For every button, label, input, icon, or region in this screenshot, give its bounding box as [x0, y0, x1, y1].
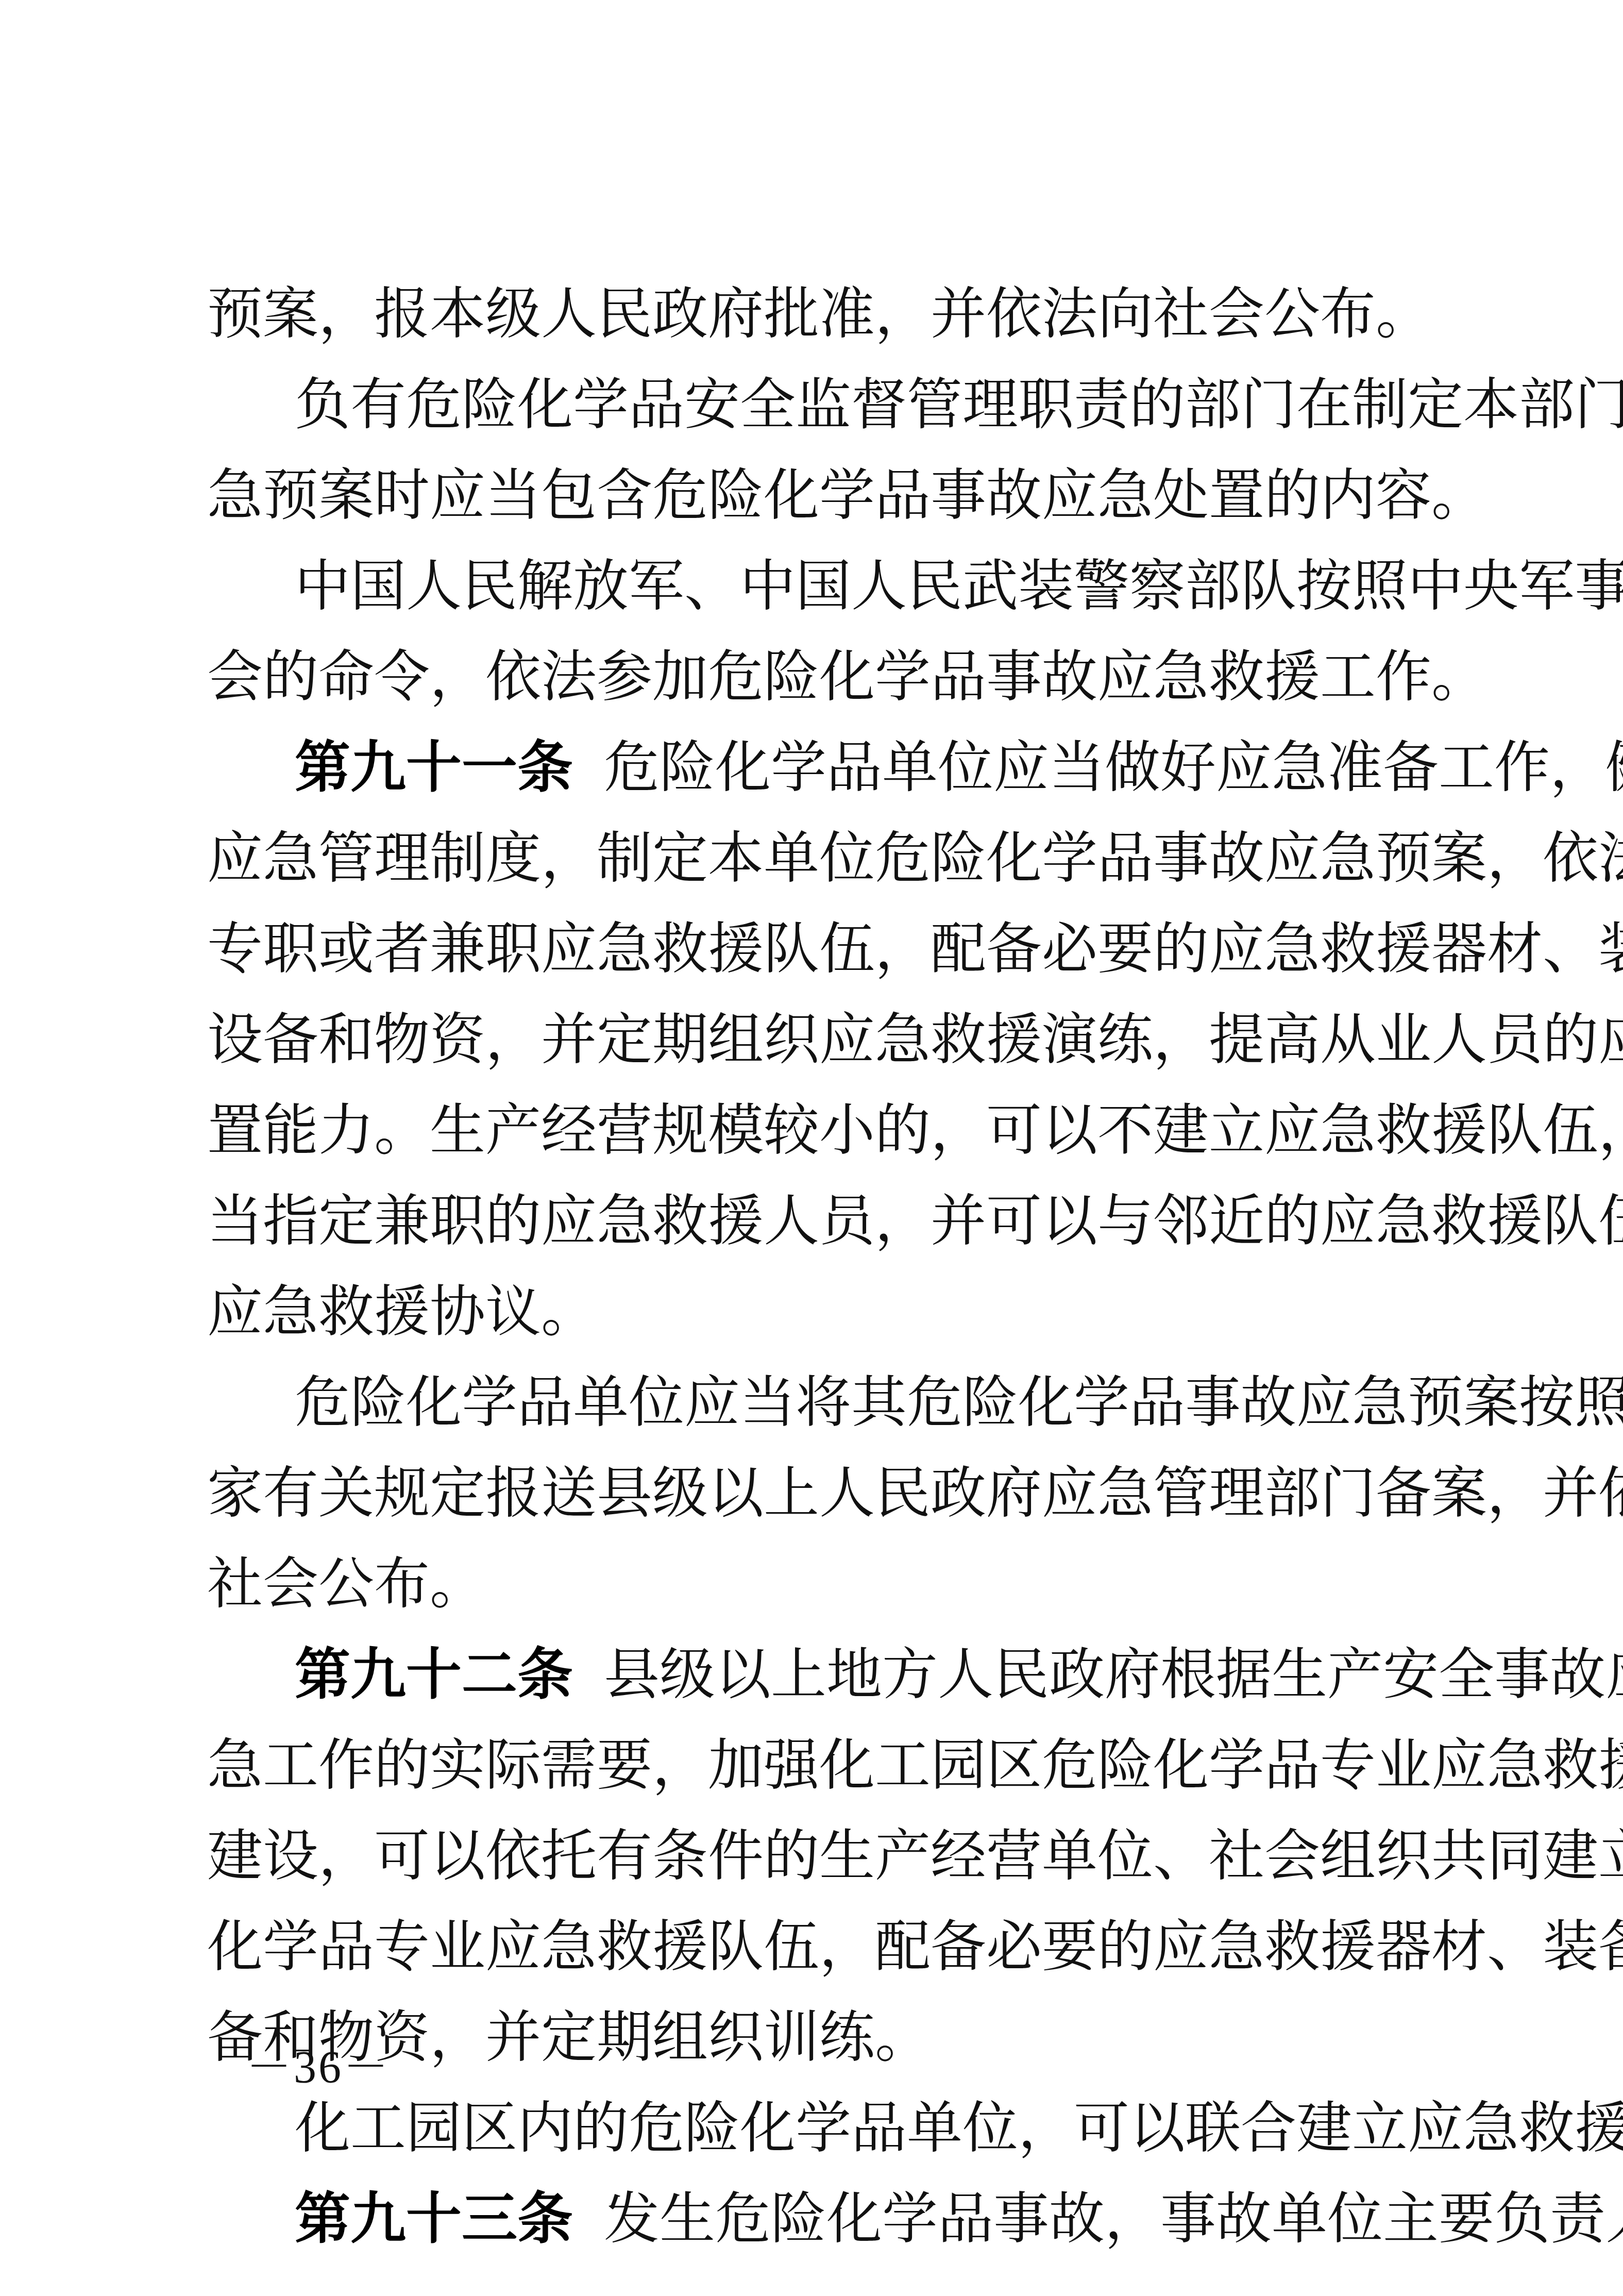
paragraph-line: 当指定兼职的应急救援人员，并可以与邻近的应急救援队伍签订: [207, 1176, 1433, 1267]
paragraph-line: 设备和物资，并定期组织应急救援演练，提高从业人员的应急处: [207, 995, 1433, 1085]
paragraph-line: 社会公布。: [207, 1539, 1433, 1630]
paragraph-line: 会的命令，依法参加危险化学品事故应急救援工作。: [207, 632, 1433, 723]
article-first-line: 第九十二条县级以上地方人民政府根据生产安全事故应: [295, 1630, 1433, 1720]
paragraph-line: 化学品专业应急救援队伍，配备必要的应急救援器材、装备、设: [207, 1902, 1433, 1992]
paragraph-line: 备和物资，并定期组织训练。: [207, 1992, 1433, 2083]
paragraph-line: 负有危险化学品安全监督管理职责的部门在制定本部门应: [295, 360, 1433, 450]
article-number: 第九十三条: [295, 2187, 573, 2251]
paragraph-line: 家有关规定报送县级以上人民政府应急管理部门备案，并依法向: [207, 1448, 1433, 1539]
article-number: 第九十二条: [295, 1643, 573, 1707]
paragraph-line: 急预案时应当包含危险化学品事故应急处置的内容。: [207, 450, 1433, 541]
page-number: －36－: [246, 2045, 391, 2090]
paragraph-line: 建设，可以依托有条件的生产经营单位、社会组织共同建立危险: [207, 1811, 1433, 1902]
article-text: 县级以上地方人民政府根据生产安全事故应: [604, 1643, 1623, 1707]
paragraph-line: 置能力。生产经营规模较小的，可以不建立应急救援队伍，但应: [207, 1085, 1433, 1176]
paragraph-line: 应急救援协议。: [207, 1267, 1433, 1358]
article-text: 危险化学品单位应当做好应急准备工作，健全: [604, 735, 1623, 800]
article-number: 第九十一条: [295, 735, 573, 800]
paragraph-line: 应急管理制度，制定本单位危险化学品事故应急预案，依法建立: [207, 813, 1433, 904]
paragraph-line: 危险化学品单位应当将其危险化学品事故应急预案按照国: [295, 1358, 1433, 1448]
paragraph-line: 预案，报本级人民政府批准，并依法向社会公布。: [207, 269, 1433, 360]
article-first-line: 第九十一条危险化学品单位应当做好应急准备工作，健全: [295, 723, 1433, 813]
article-text: 发生危险化学品事故，事故单位主要负责人应: [604, 2187, 1623, 2251]
paragraph-line: 化工园区内的危险化学品单位，可以联合建立应急救援队伍。: [295, 2083, 1433, 2174]
document-page: 预案，报本级人民政府批准，并依法向社会公布。 负有危险化学品安全监督管理职责的部…: [0, 0, 1623, 2296]
paragraph-line: 中国人民解放军、中国人民武装警察部队按照中央军事委员: [295, 541, 1433, 632]
article-first-line: 第九十三条发生危险化学品事故，事故单位主要负责人应: [295, 2174, 1433, 2265]
paragraph-line: 专职或者兼职应急救援队伍，配备必要的应急救援器材、装备、: [207, 904, 1433, 995]
paragraph-line: 急工作的实际需要，加强化工园区危险化学品专业应急救援力量: [207, 1720, 1433, 1811]
